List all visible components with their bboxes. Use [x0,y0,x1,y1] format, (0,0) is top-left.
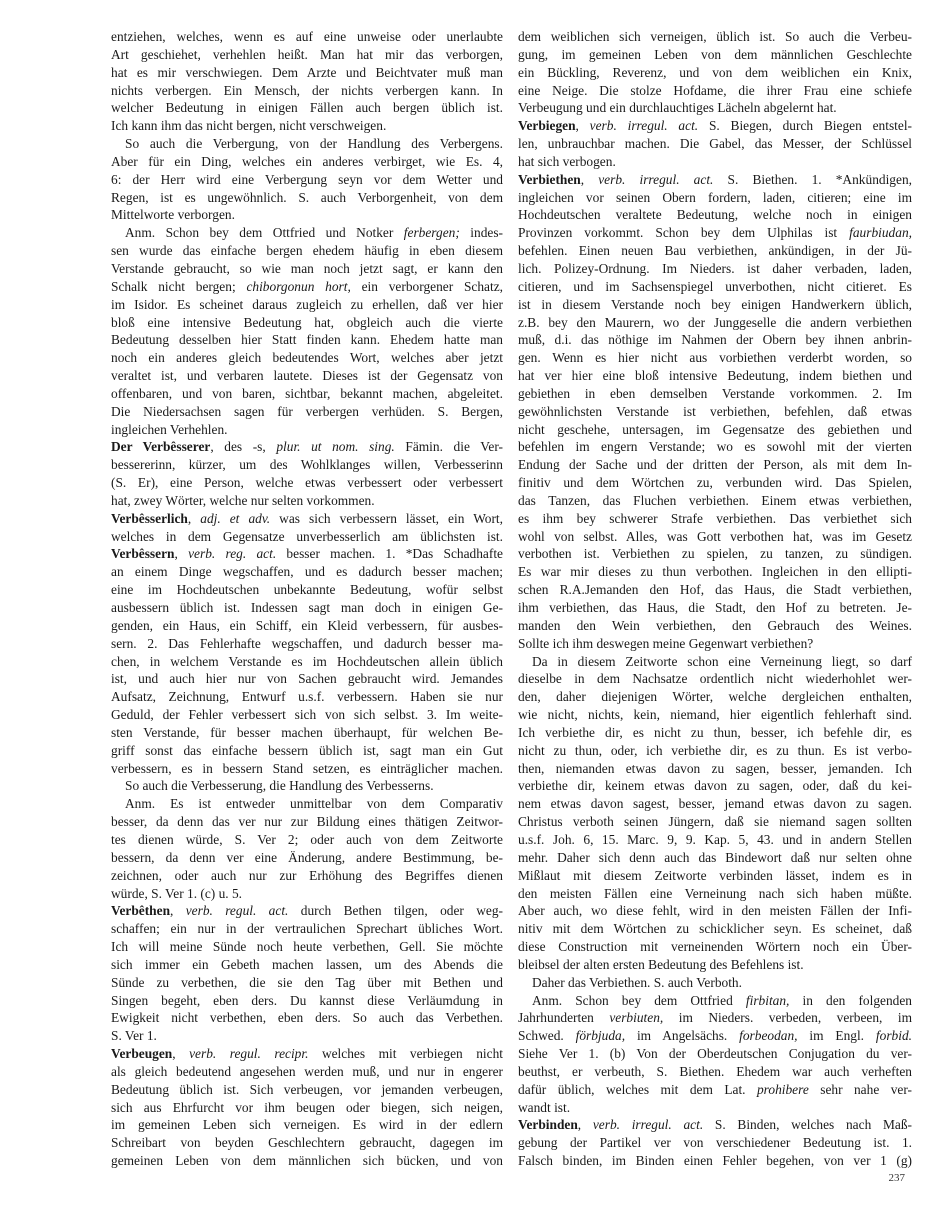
grammar-label: verb. regul. act. [186,903,289,918]
text-line: Ich will meine Sünde noch heute verbethe… [111,938,503,956]
text: nicht geschehe, untersagen, im Gegensatz… [518,422,912,437]
text: griff sonst das einfache bessern üblich … [111,743,503,758]
text-line: dafür üblich, welches mit dem Lat. prohi… [518,1081,912,1099]
text-line: welcher Bedeutung in einigen Fällen auch… [111,99,503,117]
text: sten Verstande, für besser machen überha… [111,725,503,740]
grammar-label: chiborgonun hort, [246,279,350,294]
text: sich immer ein Gebeth machen lassen, um … [111,957,503,972]
text: gen. Wenn es hier nicht aus vorbiethen v… [518,350,912,365]
text-line: hat sich verbogen. [518,153,912,171]
text: Ich kann ihm das nicht bergen, nicht ver… [111,118,386,133]
text: muß, d.i. das nöthige im Nahmen der Ober… [518,332,912,347]
text-line: Schreibart von beyden Geschlechtern gebr… [111,1134,503,1152]
text-line: gewöhnlichsten Verstande ist verbiethen,… [518,403,912,421]
text: Schwed. [518,1028,576,1043]
text-line: hat ver hier eine bloß intensive Bedeutu… [518,367,912,385]
text-line: manden den Wein verbiethen, den Gebrauch… [518,617,912,635]
text-line: Bedeutung desselben hier Statt finden ka… [111,331,503,349]
text: ingleichen vor seinen Obern fordern, lad… [518,190,912,205]
text-line: entziehen, welches, wenn es auf eine unw… [111,28,503,46]
entry-headword-line: Verbiethen, verb. irregul. act. S. Bieth… [518,171,912,189]
text-line: tes dienen würde, S. Ver 2; oder auch vo… [111,831,503,849]
grammar-label: forbid. [876,1028,912,1043]
grammar-label: verb. reg. act. [188,546,276,561]
text-line: muß, d.i. das nöthige im Nahmen der Ober… [518,331,912,349]
text-line: verbothen ist. Verbiethen zu spielen, zu… [518,545,912,563]
text: Falsch binden, im Binden einen Fehler be… [518,1153,912,1168]
text: Ich will meine Sünde noch heute verbethe… [111,939,503,954]
text: Ich verbiethe dir, es nicht zu thun, bes… [518,725,912,740]
text: würde, S. Ver 1. (c) u. 5. [111,886,242,901]
text: im gemeinen Leben sich verneigen. Es wir… [111,1117,503,1132]
text-line: sen wurde das einfache bergen ehedem häu… [111,242,503,260]
text: Schreibart von beyden Geschlechtern gebr… [111,1135,503,1150]
text: wohl von selbst. Alles, was Gott verboth… [518,529,912,544]
grammar-label: förbjuda, [576,1028,625,1043]
page-number: 237 [889,1172,906,1184]
text: im Engl. [798,1028,876,1043]
entry-headword-line: Verbiegen, verb. irregul. act. S. Biegen… [518,117,912,135]
text: bessern, da denn ver eine Änderung, ande… [111,850,503,865]
text-line: den meisten Fällen eine Verneinung nach … [518,885,912,903]
text-line: Es war mir dieses zu thun verbothen. Ing… [518,563,912,581]
text-line: Mittelworte verborgen. [111,206,503,224]
text: So auch die Verbesserung, die Handlung d… [125,778,434,793]
text: Ewigkeit nicht verbethen, eben ders. So … [111,1010,503,1025]
text-line: 6: der Herr wird eine Verbergung seyn vo… [111,171,503,189]
text: gung, im gemeinen Leben von dem männlich… [518,47,912,62]
text: Bedeutung üblich ist. Sich verbeugen, vo… [111,1082,503,1097]
text-line: Geduld, der Fehler verbessert sich von s… [111,706,503,724]
grammar-label: plur. ut nom. sing. [276,439,394,454]
headword: Verbiethen [518,172,581,187]
text-line: gemeinen Leben von dem männlichen sich b… [111,1152,503,1170]
headword: Verbiegen [518,118,576,133]
text-line: bessern, da denn ver eine Änderung, ande… [111,849,503,867]
text-line: diese Construction mit verneinenden Wört… [518,938,912,956]
text: , [172,1046,189,1061]
text: an einem Dinge wegschaffen, und es dadur… [111,564,503,579]
entry-headword-line: Verbeugen, verb. regul. recipr. welches … [111,1045,503,1063]
text: veraltet ist, und verbaren lautete. Dies… [111,368,503,383]
text: Aber auch, wo diese fehlt, wird in den m… [518,903,912,918]
headword: Verbêthen [111,903,170,918]
text-line: befehlen im engern Verstande; wo es sowo… [518,438,912,456]
text-line: hat es mir verschwiegen. Dem Arzte und B… [111,64,503,82]
text: ein Bückling, Reverenz, und von dem weib… [518,65,912,80]
text: Regen, ist es ungewöhnlich. S. auch Verb… [111,190,503,205]
text-line: dem weiblichen sich verneigen, üblich is… [518,28,912,46]
text: schaffen; ein nur in der vertraulichen S… [111,921,503,936]
text-line: Anm. Schon bey dem Ottfried firbitan, in… [518,992,912,1010]
text: als gleich bedeutend angesehen werden mu… [111,1064,503,1079]
text-line: Provinzen vorkommt. Schon bey dem Ulphil… [518,224,912,242]
text-line: Regen, ist es ungewöhnlich. S. auch Verb… [111,189,503,207]
text: verbothen ist. Verbiethen zu spielen, zu… [518,546,912,561]
text: Endung der Sache und der dritten der Per… [518,457,912,472]
text-line: Christus verboth seinen Jüngern, daß sie… [518,813,912,831]
headword: Verbinden [518,1117,578,1132]
text: gewöhnlichsten Verstande ist verbiethen,… [518,404,912,419]
text: gemeinen Leben von dem männlichen sich b… [111,1153,503,1168]
text-line: nichts verbergen. Ein Mensch, der nichts… [111,82,503,100]
text-line: griff sonst das einfache bessern üblich … [111,742,503,760]
text-line: hat, zwey Wörter, welche nur selten vork… [111,492,503,510]
text-line: then, niemanden etwas davon zu sagen, be… [518,760,912,778]
text-line: ein Bückling, Reverenz, und von dem weib… [518,64,912,82]
text: indes- [460,225,503,240]
dictionary-page: entziehen, welches, wenn es auf eine unw… [0,0,935,1210]
text: das Tanzen, das Fluchen verbiethen. Eine… [518,493,912,508]
text: ist in diesem Verstande noch bey einigen… [518,297,912,312]
text-line: Aufsatz, Zeichnung, Entwurf u.s.f. verbe… [111,688,503,706]
text: ihm verbiethen, das Haus, die Stadt, den… [518,600,912,615]
text: Christus verboth seinen Jüngern, daß sie… [518,814,912,829]
text: gebiethen in eben demselben Verstande vo… [518,386,912,401]
text-line: S. Ver 1. [111,1027,503,1045]
grammar-label: verb. irregul. act. [593,1117,703,1132]
text: hat es mir verschwiegen. Dem Arzte und B… [111,65,503,80]
text: Hochdeutschen veraltete Bedeutung, welch… [518,207,912,222]
text-line: bloß eine intensive Bedeutung hat, obgle… [111,314,503,332]
text: wandt ist. [518,1100,570,1115]
text-line: ingleichen Verhehlen. [111,421,503,439]
text: genden, ein Haus, ein Schiff, ein Kleid … [111,618,503,633]
text: Art geschiehet, verhehlen heißt. Man hat… [111,47,503,62]
text: diese Construction mit verneinenden Wört… [518,939,912,954]
text: Siehe Ver 1. (b) Von der Oberdeutschen C… [518,1046,912,1061]
text: Singen begeht, eben ders. Du kannst dies… [111,993,503,1008]
text-line: schaffen; ein nur in der vertraulichen S… [111,920,503,938]
text-line: Siehe Ver 1. (b) Von der Oberdeutschen C… [518,1045,912,1063]
text-line: Mißlaut mit diesem Zeitworte verbinden l… [518,867,912,885]
text: dieselbe in dem Nachsatze ordentlich nic… [518,671,912,686]
text-line: sich immer ein Gebeth machen lassen, um … [111,956,503,974]
text-line: Verbeugung und ein durchlauchtiges Läche… [518,99,912,117]
text: den, daher diejenigen Wörter, welche der… [518,689,912,704]
text: dem weiblichen sich verneigen, üblich is… [518,29,912,44]
grammar-label: verb. irregul. act. [598,172,713,187]
text-line: veraltet ist, und verbaren lautete. Dies… [111,367,503,385]
headword: Der Verbêsserer [111,439,210,454]
text: es ihm bey schwerer Strafe verbiethen. D… [518,511,912,526]
entry-headword-line: Verbinden, verb. irregul. act. S. Binden… [518,1116,912,1134]
text: entziehen, welches, wenn es auf eine unw… [111,29,503,44]
text-line: ingleichen vor seinen Obern fordern, lad… [518,189,912,207]
text-line: genden, ein Haus, ein Schiff, ein Kleid … [111,617,503,635]
text-line: Falsch binden, im Binden einen Fehler be… [518,1152,912,1170]
text-line: nem etwas davon sagest, besser, jemand e… [518,795,912,813]
text: was sich verbessern lässet, ein Wort, [270,511,503,526]
text: Bedeutung desselben hier Statt finden ka… [111,332,503,347]
text: offenbaren, und von baren, sichtbar, bek… [111,386,503,401]
text: ingleichen Verhehlen. [111,422,228,437]
text-line: Aber auch, wo diese fehlt, wird in den m… [518,902,912,920]
text-line: Anm. Es ist entweder unmittelbar von dem… [111,795,503,813]
text: welches mit verbiegen nicht [308,1046,503,1061]
text-line: z.B. bey den Maurern, wo der Junggeselle… [518,314,912,332]
text: befehlen im engern Verstande; wo es sowo… [518,439,912,454]
text-line: mehr. Daher sich denn auch das Bindewort… [518,849,912,867]
text: Jahrhunderten [518,1010,609,1025]
text: , [581,172,598,187]
text-line: sten Verstande, für besser machen überha… [111,724,503,742]
text: befehlen. Einen neuen Bau verbiethen, an… [518,243,912,258]
text-line: nitiv mit dem Wörtchen zu schicklicher s… [518,920,912,938]
text: Aber für ein Ding, welches ein anderes v… [111,154,503,169]
text: nichts verbergen. Ein Mensch, der nichts… [111,83,503,98]
text: Es war mir dieses zu thun verbothen. Ing… [518,564,912,579]
text: Anm. Es ist entweder unmittelbar von dem… [125,796,503,811]
text-line: Anm. Schon bey dem Ottfried und Notker f… [111,224,503,242]
text: dafür üblich, welches mit dem Lat. [518,1082,757,1097]
text: , [188,511,200,526]
text-line: bleibsel der alten ersten Bedeutung des … [518,956,912,974]
text: (S. Er), eine Person, welche etwas verbe… [111,475,503,490]
text: im Nieders. verbeden, verbeen, im [663,1010,912,1025]
text: hat ver hier eine bloß intensive Bedeutu… [518,368,912,383]
text: zeichnen, oder auch nur zur Erhöhung des… [111,868,503,883]
text: ein verborgener Schatz, [351,279,503,294]
text: Verstande gebraucht, so wie man noch jet… [111,261,503,276]
right-column: dem weiblichen sich verneigen, üblich is… [518,28,912,1170]
text-line: Jahrhunderten verbiuten, im Nieders. ver… [518,1009,912,1027]
text-line: befehlen. Einen neuen Bau verbiethen, an… [518,242,912,260]
text-line: als gleich bedeutend angesehen werden mu… [111,1063,503,1081]
text: len, unbrauchbar machen. Die Gabel, das … [518,136,912,151]
entry-headword-line: Der Verbêsserer, des -s, plur. ut nom. s… [111,438,503,456]
text-line: sich aus Ehrfurcht vor ihm beugen oder b… [111,1099,503,1117]
text: Aufsatz, Zeichnung, Entwurf u.s.f. verbe… [111,689,503,704]
text-line: Bedeutung üblich ist. Sich verbeugen, vo… [111,1081,503,1099]
entry-headword-line: Verbêsserlich, adj. et adv. was sich ver… [111,510,503,528]
text: nicht zu thun, oder, ich verbiethe dir, … [518,743,912,758]
text: chen, in welchem Verstande es im Hochdeu… [111,654,503,669]
text-line: gebiethen in eben demselben Verstande vo… [518,385,912,403]
text: sich aus Ehrfurcht vor ihm beugen oder b… [111,1100,503,1115]
text: sern. 2. Das Fehlerhafte wegschaffen, un… [111,636,503,651]
text: nem etwas davon sagest, besser, jemand e… [518,796,912,811]
text: bloß eine intensive Bedeutung hat, obgle… [111,315,503,330]
text: S. Biegen, durch Biegen entstel- [698,118,912,133]
text: , des -s, [210,439,276,454]
grammar-label: prohibere [757,1082,809,1097]
text: finitiv und dem Wörtchen zu, verbunden w… [518,475,912,490]
text-line: Endung der Sache und der dritten der Per… [518,456,912,474]
text: Sünde zu verbethen, die sie den Tag über… [111,975,503,990]
text: eine im Hochdeutschen unbekannte Bedeutu… [111,582,503,597]
text-line: u.s.f. Joh. 6, 15. Marc. 9, 9. Kap. 5, 4… [518,831,912,849]
left-column: entziehen, welches, wenn es auf eine unw… [111,28,503,1170]
text-line: finitiv und dem Wörtchen zu, verbunden w… [518,474,912,492]
text: Anm. Schon bey dem Ottfried und Notker [125,225,404,240]
text-line: Ewigkeit nicht verbethen, eben ders. So … [111,1009,503,1027]
text: hat, zwey Wörter, welche nur selten vork… [111,493,375,508]
text: lich. Polizey-Ordnung. Im Nieders. ist d… [518,261,912,276]
text: Mittelworte verborgen. [111,207,235,222]
text-line: Daher das Verbiethen. S. auch Verboth. [518,974,912,992]
text-line: Sollte ich ihm deswegen meine Gegenwart … [518,635,912,653]
text: in den folgenden [789,993,912,1008]
text: mehr. Daher sich denn auch das Bindewort… [518,850,912,865]
text: den meisten Fällen eine Verneinung nach … [518,886,912,901]
text-line: das Tanzen, das Fluchen verbiethen. Eine… [518,492,912,510]
text-line: besser, da denn das ver nur zur Bildung … [111,813,503,831]
text-line: verbiethe dir, keinem etwas davon zu sag… [518,777,912,795]
headword: Verbeugen [111,1046,172,1061]
text: eine Neige. Die stolze Hofdame, die ihre… [518,83,912,98]
headword: Verbêssern [111,546,174,561]
text-line: Art geschiehet, verhehlen heißt. Man hat… [111,46,503,64]
text: manden den Wein verbiethen, den Gebrauch… [518,618,912,633]
text-line: eine im Hochdeutschen unbekannte Bedeutu… [111,581,503,599]
text-line: verbessern, es in bessern Stand setzen, … [111,760,503,778]
text-line: ist, und auch hier nur von Sachen gebrau… [111,670,503,688]
text: Die Niedersachsen sagen für verbergen ve… [111,404,503,419]
text-line: bessererinn, kürzer, um des Wohlklanges … [111,456,503,474]
text-line: wohl von selbst. Alles, was Gott verboth… [518,528,912,546]
text: besser, da denn das ver nur zur Bildung … [111,814,503,829]
text-line: Ich kann ihm das nicht bergen, nicht ver… [111,117,503,135]
text: Anm. Schon bey dem Ottfried [532,993,746,1008]
text: So auch die Verbergung, von der Handlung… [125,136,503,151]
text-line: im gemeinen Leben sich verneigen. Es wir… [111,1116,503,1134]
text: Fämin. die Ver- [395,439,503,454]
text-line: Sünde zu verbethen, die sie den Tag über… [111,974,503,992]
text-line: im Isidor. Es scheinet daraus zugleich z… [111,296,503,314]
text-line: gebung der Partikel ver von verschiedene… [518,1134,912,1152]
text: verbiethe dir, keinem etwas davon zu sag… [518,778,912,793]
text: nitiv mit dem Wörtchen zu schicklicher s… [518,921,912,936]
text: Provinzen vorkommt. Schon bey dem Ulphil… [518,225,849,240]
text: S. Ver 1. [111,1028,157,1043]
text: hat sich verbogen. [518,154,616,169]
text: S. Binden, welches nach Maß- [703,1117,912,1132]
text: tes dienen würde, S. Ver 2; oder auch vo… [111,832,503,847]
text-line: Aber für ein Ding, welches ein anderes v… [111,153,503,171]
text-line: würde, S. Ver 1. (c) u. 5. [111,885,503,903]
text: then, niemanden etwas davon zu sagen, be… [518,761,912,776]
text-line: So auch die Verbergung, von der Handlung… [111,135,503,153]
grammar-label: adj. et adv. [200,511,270,526]
text: besser machen. 1. *Das Schadhafte [276,546,503,561]
text: welcher Bedeutung in einigen Fällen auch… [111,100,503,115]
text: Sollte ich ihm deswegen meine Gegenwart … [518,636,813,651]
text-line: Ich verbiethe dir, es nicht zu thun, bes… [518,724,912,742]
text-line: Schwed. förbjuda, im Angelsächs. forbeod… [518,1027,912,1045]
text: z.B. bey den Maurern, wo der Junggeselle… [518,315,912,330]
text: bleibsel der alten ersten Bedeutung des … [518,957,804,972]
text: Geduld, der Fehler verbessert sich von s… [111,707,503,722]
text: sen wurde das einfache bergen ehedem häu… [111,243,503,258]
text: Verbeugung und ein durchlauchtiges Läche… [518,100,837,115]
headword: Verbêsserlich [111,511,188,526]
text: schen R.A.Jemanden den Hof, das Haus, di… [518,582,912,597]
text-line: len, unbrauchbar machen. Die Gabel, das … [518,135,912,153]
text-line: citieren, und im Sachsenspiegel unverbot… [518,278,912,296]
text: u.s.f. Joh. 6, 15. Marc. 9, 9. Kap. 5, 4… [518,832,912,847]
text-line: wandt ist. [518,1099,912,1117]
text-line: welches in dem Gegensatze unverbesserlic… [111,528,503,546]
entry-headword-line: Verbêthen, verb. regul. act. durch Bethe… [111,902,503,920]
grammar-label: verb. irregul. act. [590,118,698,133]
text: gebung der Partikel ver von verschiedene… [518,1135,912,1150]
text-line: sern. 2. Das Fehlerhafte wegschaffen, un… [111,635,503,653]
text: im Isidor. Es scheinet daraus zugleich z… [111,297,503,312]
entry-headword-line: Verbêssern, verb. reg. act. besser mache… [111,545,503,563]
text-line: ihm verbiethen, das Haus, die Stadt, den… [518,599,912,617]
text-line: beuthst, er verbeuth, S. Biethen. Ehedem… [518,1063,912,1081]
text: , [576,118,590,133]
text: noch ein anderes gleich bedeutendes Wort… [111,350,503,365]
text: , [578,1117,593,1132]
text-line: chen, in welchem Verstande es im Hochdeu… [111,653,503,671]
text: ausbessern üblich ist. Indessen sagt man… [111,600,503,615]
text: verbessern, es in bessern Stand setzen, … [111,761,503,776]
grammar-label: verb. regul. recipr. [189,1046,308,1061]
grammar-label: firbitan, [746,993,790,1008]
text-line: (S. Er), eine Person, welche etwas verbe… [111,474,503,492]
text-line: gen. Wenn es hier nicht aus vorbiethen v… [518,349,912,367]
text: beuthst, er verbeuth, S. Biethen. Ehedem… [518,1064,912,1079]
grammar-label: faurbiudan, [849,225,912,240]
text-line: schen R.A.Jemanden den Hof, das Haus, di… [518,581,912,599]
text: ist, und auch hier nur von Sachen gebrau… [111,671,503,686]
text-line: wie nicht, nichts, kein, niemand, hier e… [518,706,912,724]
text: wie nicht, nichts, kein, niemand, hier e… [518,707,912,722]
text: S. Biethen. 1. *Ankündigen, [713,172,912,187]
text: , [174,546,188,561]
text-line: Singen begeht, eben ders. Du kannst dies… [111,992,503,1010]
text-line: eine Neige. Die stolze Hofdame, die ihre… [518,82,912,100]
text-line: Da in diesem Zeitworte schon eine Vernei… [518,653,912,671]
text: Daher das Verbiethen. S. auch Verboth. [532,975,742,990]
text-line: zeichnen, oder auch nur zur Erhöhung des… [111,867,503,885]
text-line: lich. Polizey-Ordnung. Im Nieders. ist d… [518,260,912,278]
grammar-label: forbeodan, [739,1028,797,1043]
text: sehr nahe ver- [809,1082,912,1097]
text: , [170,903,186,918]
text: bessererinn, kürzer, um des Wohlklanges … [111,457,503,472]
text-line: Schalk nicht bergen; chiborgonun hort, e… [111,278,503,296]
text-line: es ihm bey schwerer Strafe verbiethen. D… [518,510,912,528]
text-line: nicht zu thun, oder, ich verbiethe dir, … [518,742,912,760]
text: 6: der Herr wird eine Verbergung seyn vo… [111,172,503,187]
text-line: So auch die Verbesserung, die Handlung d… [111,777,503,795]
text-line: ausbessern üblich ist. Indessen sagt man… [111,599,503,617]
text-line: den, daher diejenigen Wörter, welche der… [518,688,912,706]
text: Schalk nicht bergen; [111,279,246,294]
text: Mißlaut mit diesem Zeitworte verbinden l… [518,868,912,883]
text-line: Hochdeutschen veraltete Bedeutung, welch… [518,206,912,224]
text-line: dieselbe in dem Nachsatze ordentlich nic… [518,670,912,688]
grammar-label: verbiuten, [609,1010,663,1025]
text-line: an einem Dinge wegschaffen, und es dadur… [111,563,503,581]
text-line: Verstande gebraucht, so wie man noch jet… [111,260,503,278]
text-line: gung, im gemeinen Leben von dem männlich… [518,46,912,64]
text: welches in dem Gegensatze unverbesserlic… [111,529,503,544]
text: im Angelsächs. [625,1028,739,1043]
text-line: nicht geschehe, untersagen, im Gegensatz… [518,421,912,439]
text-line: noch ein anderes gleich bedeutendes Wort… [111,349,503,367]
text: citieren, und im Sachsenspiegel unverbot… [518,279,912,294]
text-line: ist in diesem Verstande noch bey einigen… [518,296,912,314]
text: durch Bethen tilgen, oder weg- [288,903,503,918]
grammar-label: ferbergen; [404,225,460,240]
text: Da in diesem Zeitworte schon eine Vernei… [532,654,912,669]
text-line: Die Niedersachsen sagen für verbergen ve… [111,403,503,421]
text-line: offenbaren, und von baren, sichtbar, bek… [111,385,503,403]
